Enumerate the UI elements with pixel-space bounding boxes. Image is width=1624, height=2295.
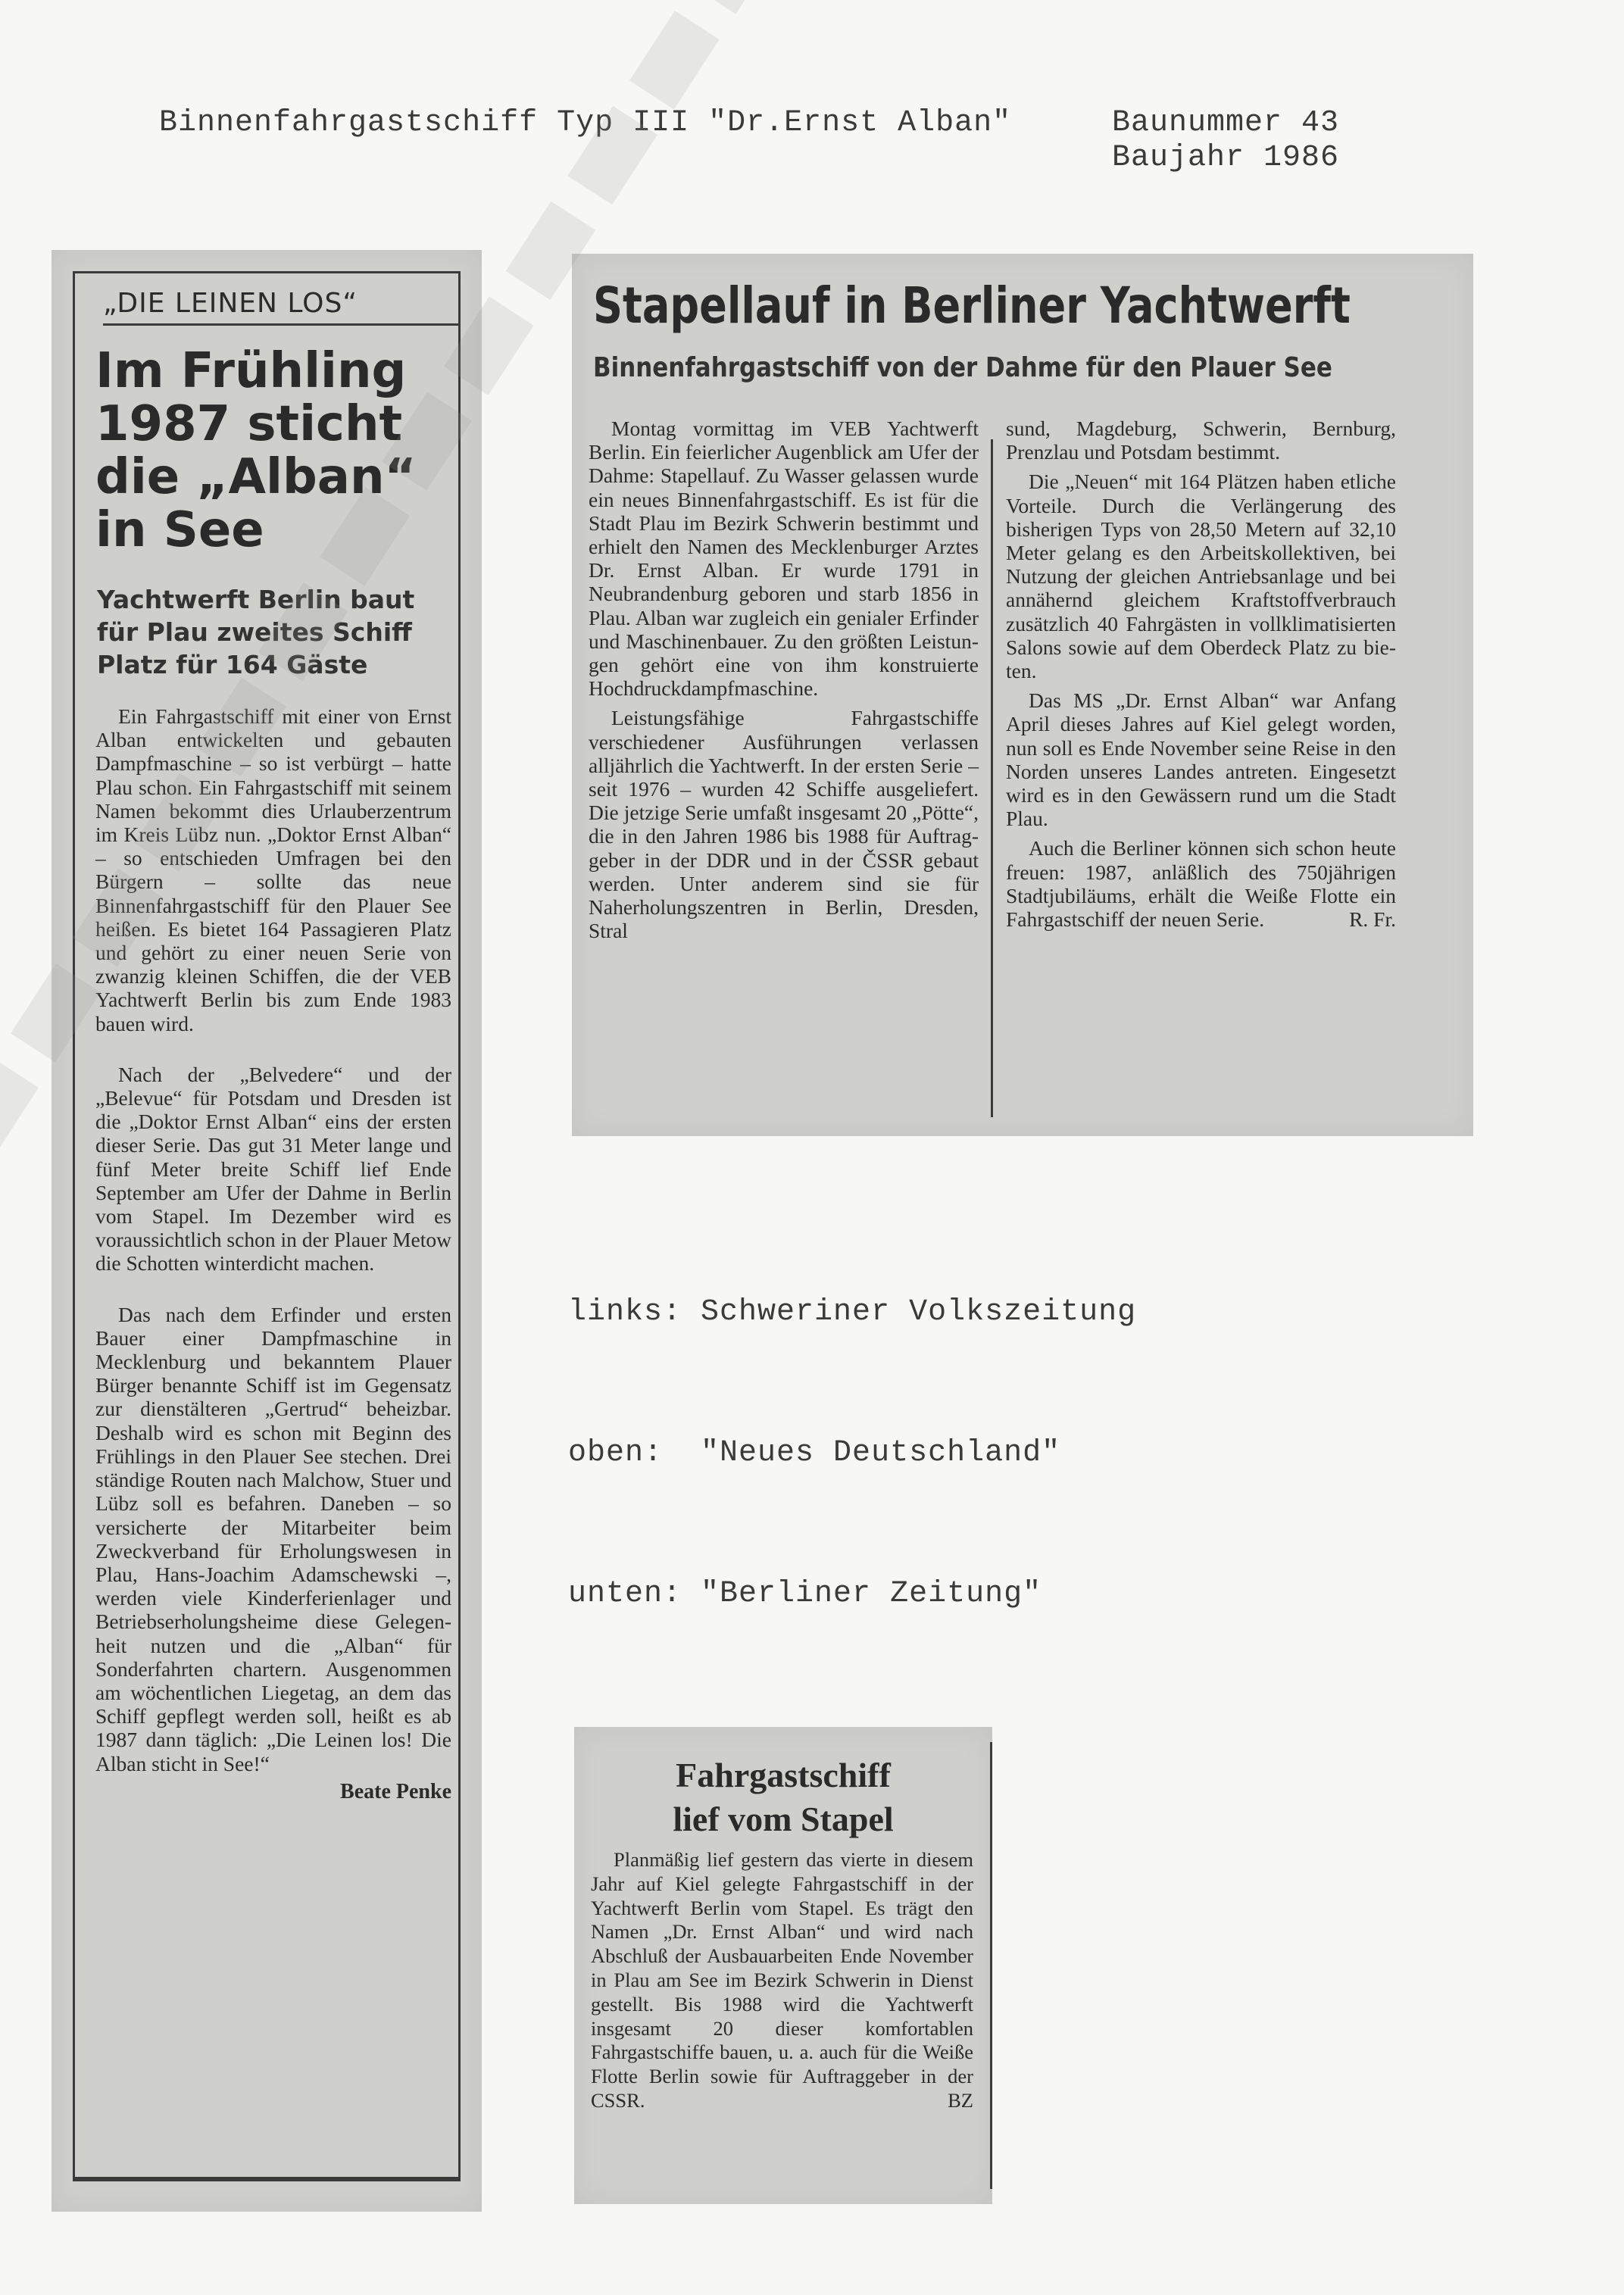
build-info: Baunummer 43 Baujahr 1986: [1112, 106, 1339, 176]
article-kicker: „DIE LEINEN LOS“: [103, 288, 459, 326]
article-author: BZ: [925, 2089, 973, 2113]
paragraph: Das nach dem Erfinder und ersten Bauer e…: [95, 1303, 451, 1775]
build-number: Baunummer 43: [1112, 106, 1339, 141]
paragraph: Leistungsfähige Fahrgastschiffe verschie…: [589, 706, 979, 942]
paragraph: Die „Neuen“ mit 164 Plätzen haben etlich…: [1006, 470, 1396, 682]
article-headline: Stapellauf in Berliner Yachtwerft: [593, 276, 1351, 335]
article-column-2: sund, Magdeburg, Schwerin, Bern­burg, Pr…: [1006, 417, 1396, 937]
article-headline: Fahrgastschiff lief vom Stapel: [574, 1753, 992, 1841]
document-title: Binnenfahrgastschiff Typ III "Dr.Ernst A…: [159, 106, 1011, 140]
clipping-schweriner-volkszeitung: „DIE LEINEN LOS“ Im Frühling 1987 sticht…: [52, 250, 482, 2212]
paragraph: sund, Magdeburg, Schwerin, Bern­burg, Pr…: [1006, 417, 1396, 464]
source-top: oben: "Neues Deutschland": [568, 1430, 1136, 1477]
source-note: links: Schweriner Volkszeitung oben: "Ne…: [568, 1195, 1136, 1712]
column-divider: [991, 439, 993, 1117]
article-author: R. Fr.: [1326, 907, 1396, 931]
paragraph: Das MS „Dr. Ernst Alban“ war Anfang Apri…: [1006, 688, 1396, 830]
article-body: Planmäßig lief gestern das vierte in die…: [591, 1848, 973, 2113]
paragraph: Planmäßig lief gestern das vierte in die…: [591, 1848, 973, 2113]
build-year: Baujahr 1986: [1112, 141, 1339, 176]
paragraph: Auch die Berliner können sich schon heut…: [1006, 836, 1396, 931]
paragraph-text: Planmäßig lief gestern das vierte in die…: [591, 1848, 973, 2112]
article-column-1: Montag vormittag im VEB Yachtwerft Berli…: [589, 417, 979, 948]
paragraph: Nach der „Belvedere“ und der „Belevue“ f…: [95, 1063, 451, 1276]
article-author: Beate Penke: [95, 1780, 451, 1803]
article-subhead: Binnenfahrgastschiff von der Dahme für d…: [593, 352, 1332, 383]
clipping-neues-deutschland: Stapellauf in Berliner Yachtwerft Binnen…: [572, 254, 1473, 1136]
clipping-berliner-zeitung: Fahrgastschiff lief vom Stapel Planmäßig…: [574, 1727, 992, 2204]
paragraph: Ein Fahrgastschiff mit einer von Ernst A…: [95, 704, 451, 1035]
article-body: Ein Fahrgastschiff mit einer von Ernst A…: [95, 704, 451, 1803]
headline-line-2: lief vom Stapel: [574, 1797, 992, 1841]
source-bottom: unten: "Berliner Zeitung": [568, 1571, 1136, 1618]
article-subhead: Yachtwerft Berlin baut für Plau zweites …: [97, 583, 461, 681]
paragraph: Montag vormittag im VEB Yachtwerft Berli…: [589, 417, 979, 700]
article-headline: Im Frühling 1987 sticht die „Alban“ in S…: [95, 345, 459, 557]
source-left: links: Schweriner Volkszeitung: [568, 1289, 1136, 1336]
headline-line-1: Fahrgastschiff: [574, 1753, 992, 1797]
